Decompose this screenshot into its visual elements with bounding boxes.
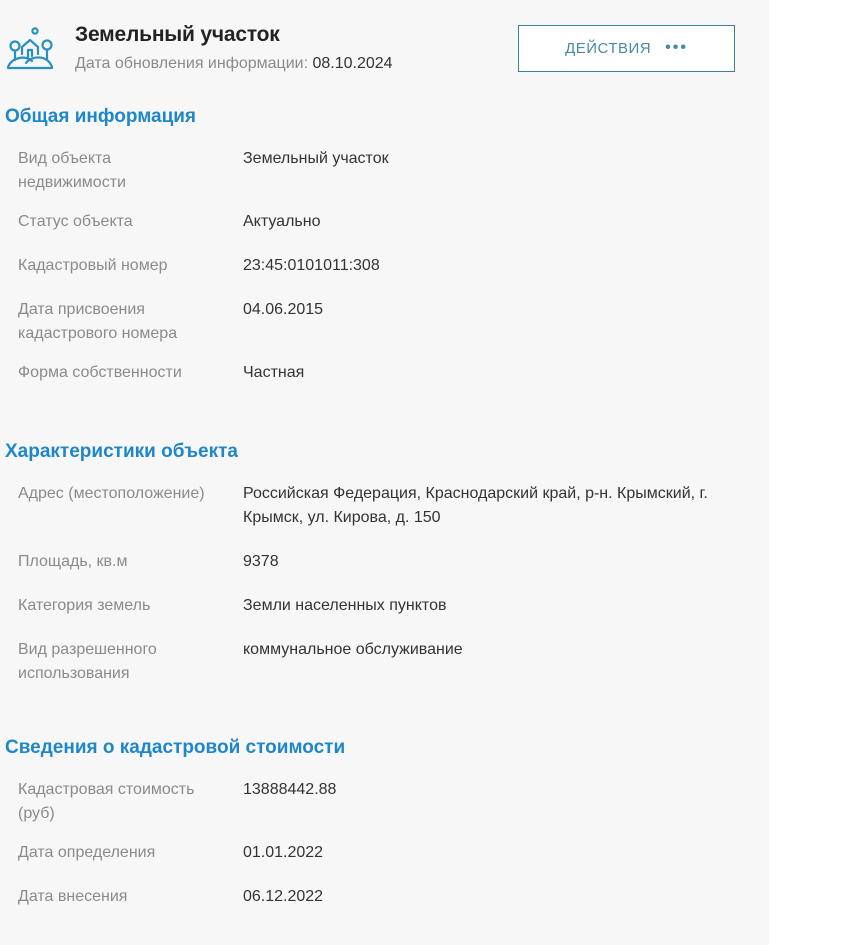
- row-label: Вид разрешенного использования: [18, 638, 168, 686]
- row-label: Категория земель: [18, 594, 223, 618]
- row-label: Адрес (местоположение): [18, 482, 223, 506]
- more-dots-icon: •••: [665, 39, 688, 57]
- object-info-panel: Земельный участок Дата обновления информ…: [0, 0, 769, 945]
- row-label: Кадастровый номер: [18, 254, 223, 278]
- row-label: Площадь, кв.м: [18, 550, 223, 574]
- row-label: Дата внесения: [18, 885, 223, 909]
- watermark: [230, 380, 670, 570]
- row-value: коммунальное обслуживание: [243, 638, 738, 662]
- actions-button[interactable]: ДЕЙСТВИЯ •••: [518, 25, 735, 72]
- update-label: Дата обновления информации:: [75, 55, 308, 72]
- object-header: Земельный участок Дата обновления информ…: [0, 0, 769, 100]
- row-value: Земли населенных пунктов: [243, 594, 738, 618]
- row-label: Вид объекта недвижимости: [18, 147, 158, 195]
- row-value: 06.12.2022: [243, 885, 738, 909]
- row-value: Российская Федерация, Краснодарский край…: [243, 482, 728, 530]
- row-label: Дата определения: [18, 841, 223, 865]
- row-value: 01.01.2022: [243, 841, 738, 865]
- row-value: Частная: [243, 361, 738, 385]
- land-plot-icon: [6, 27, 54, 71]
- row-label: Кадастровая стоимость (руб): [18, 778, 213, 826]
- row-value: Актуально: [243, 210, 738, 234]
- update-info: Дата обновления информации: 08.10.2024: [75, 55, 393, 73]
- row-value: 9378: [243, 550, 738, 574]
- actions-label: ДЕЙСТВИЯ: [565, 40, 651, 57]
- row-label: Дата присвоения кадастрового номера: [18, 298, 188, 346]
- section-title-cadastral-value: Сведения о кадастровой стоимости: [5, 737, 345, 759]
- row-value: 13888442.88: [243, 778, 738, 802]
- row-value: 23:45:0101011:308: [243, 254, 738, 278]
- page-title: Земельный участок: [75, 23, 280, 47]
- row-value: 04.06.2015: [243, 298, 738, 322]
- row-value: Земельный участок: [243, 147, 738, 171]
- row-label: Форма собственности: [18, 361, 223, 385]
- section-title-general: Общая информация: [5, 106, 196, 128]
- update-date: 08.10.2024: [313, 55, 393, 72]
- section-title-characteristics: Характеристики объекта: [5, 441, 238, 463]
- row-label: Статус объекта: [18, 210, 223, 234]
